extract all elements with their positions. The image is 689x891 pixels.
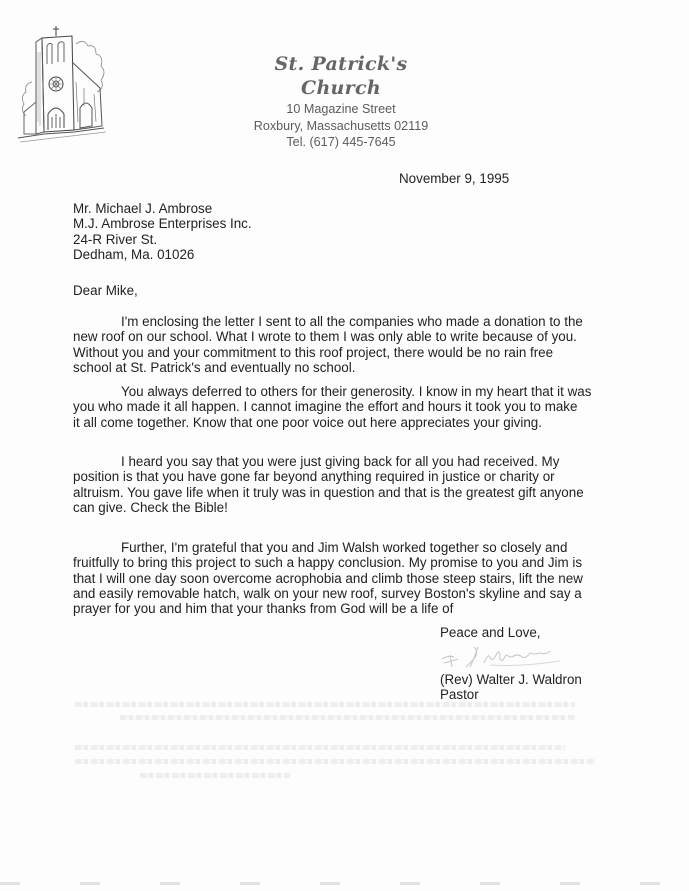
church-illustration-icon — [14, 22, 114, 152]
church-name: St. Patrick's Church — [236, 52, 446, 100]
bleed-through-mark — [75, 759, 595, 764]
recipient-city: Dedham, Ma. 01026 — [73, 247, 252, 262]
paragraph-line: position is that you have gone far beyon… — [73, 469, 584, 484]
letter-date: November 9, 1995 — [399, 171, 509, 186]
bleed-through-mark — [75, 702, 575, 707]
paragraph-line: I heard you say that you were just givin… — [73, 454, 584, 469]
body-paragraph-2: You always deferred to others for their … — [73, 384, 591, 430]
body-paragraph-1: I'm enclosing the letter I sent to all t… — [73, 314, 583, 375]
paragraph-line: fruitfully to bring this project to such… — [73, 555, 583, 570]
letter-page: St. Patrick's Church 10 Magazine Street … — [0, 0, 689, 891]
paragraph-line: I'm enclosing the letter I sent to all t… — [73, 314, 583, 329]
recipient-address: Mr. Michael J. Ambrose M.J. Ambrose Ente… — [73, 201, 252, 262]
body-paragraph-3: I heard you say that you were just givin… — [73, 454, 584, 515]
paragraph-line: and easily removable hatch, walk on your… — [73, 586, 583, 601]
paragraph-line: new roof on our school. What I wrote to … — [73, 329, 583, 344]
salutation: Dear Mike, — [73, 283, 138, 298]
recipient-name: Mr. Michael J. Ambrose — [73, 201, 252, 216]
church-city: Roxbury, Massachusetts 02119 — [236, 118, 446, 135]
bleed-through-mark — [120, 715, 575, 720]
handwritten-signature-icon — [440, 643, 590, 671]
paragraph-line: you who made it all happen. I cannot ima… — [73, 399, 591, 414]
paragraph-line: altruism. You gave life when it truly wa… — [73, 485, 584, 500]
paragraph-line: Without you and your commitment to this … — [73, 345, 583, 360]
recipient-company: M.J. Ambrose Enterprises Inc. — [73, 216, 252, 231]
paragraph-line: can give. Check the Bible! — [73, 500, 584, 515]
closing: Peace and Love, — [440, 625, 541, 640]
church-street: 10 Magazine Street — [236, 101, 446, 118]
signer-block: (Rev) Walter J. Waldron Pastor — [440, 672, 582, 703]
paragraph-line: prayer for you and him that your thanks … — [73, 601, 583, 616]
signer-title: Pastor — [440, 687, 582, 702]
signer-name: (Rev) Walter J. Waldron — [440, 672, 582, 687]
letterhead: St. Patrick's Church 10 Magazine Street … — [236, 52, 446, 151]
paragraph-line: Further, I'm grateful that you and Jim W… — [73, 540, 583, 555]
bleed-through-mark — [140, 773, 290, 778]
recipient-street: 24-R River St. — [73, 232, 252, 247]
paragraph-line: that I will one day soon overcome acroph… — [73, 571, 583, 586]
bleed-through-mark — [75, 745, 565, 750]
paragraph-line: it all come together. Know that one poor… — [73, 415, 591, 430]
body-paragraph-4: Further, I'm grateful that you and Jim W… — [73, 540, 583, 616]
page-edge — [0, 882, 689, 885]
paragraph-line: school at St. Patrick's and eventually n… — [73, 360, 583, 375]
paragraph-line: You always deferred to others for their … — [73, 384, 591, 399]
church-phone: Tel. (617) 445-7645 — [236, 134, 446, 151]
